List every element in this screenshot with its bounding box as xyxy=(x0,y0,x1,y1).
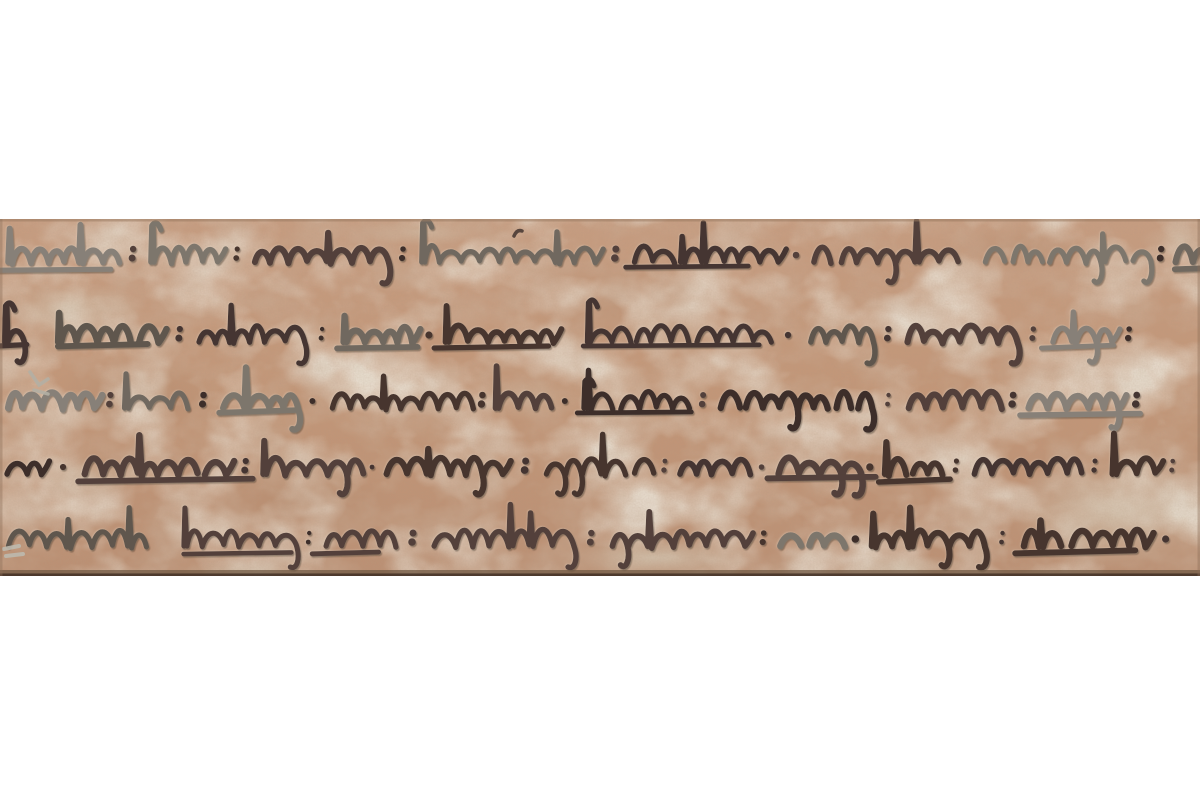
ceramic-tile xyxy=(0,219,1200,576)
tile-photo-image xyxy=(0,219,1200,576)
product-photo-canvas xyxy=(0,0,1200,800)
tile-texture-grain xyxy=(0,219,1200,576)
